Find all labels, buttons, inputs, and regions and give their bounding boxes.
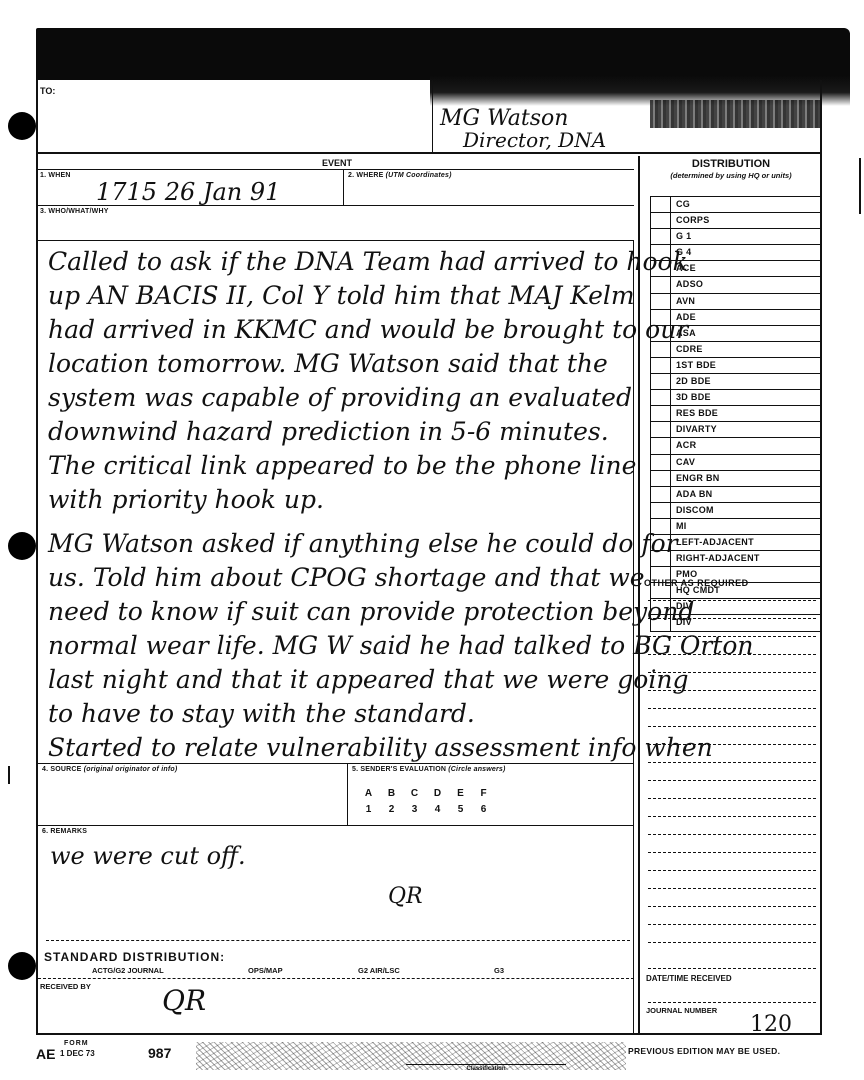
- who-what-why-label: 3. WHO/WHAT/WHY: [40, 208, 109, 215]
- divider: [46, 940, 630, 941]
- form-number: 987: [148, 1045, 171, 1061]
- narrative-line: downwind hazard prediction in 5-6 minute…: [48, 417, 609, 446]
- narrative-line: up AN BACIS II, Col Y told him that MAJ …: [48, 281, 635, 310]
- distribution-checkbox[interactable]: [651, 599, 671, 614]
- distribution-row[interactable]: AVN: [651, 294, 820, 310]
- evaluation-option-b[interactable]: B: [387, 788, 396, 799]
- sender-evaluation-field: 5. SENDER'S EVALUATION (Circle answers) …: [348, 764, 634, 826]
- distribution-checkbox[interactable]: [651, 487, 671, 502]
- received-by-value[interactable]: QR: [162, 984, 206, 1017]
- date-time-received-label: DATE/TIME RECEIVED: [646, 974, 732, 983]
- form-prefix: AE: [36, 1046, 55, 1062]
- distribution-row[interactable]: ACR: [651, 438, 820, 454]
- distribution-checkbox[interactable]: [651, 406, 671, 421]
- distribution-row[interactable]: G 4: [651, 245, 820, 261]
- to-section: TO: MG Watson Director, DNA: [38, 80, 820, 154]
- distribution-row[interactable]: DIV: [651, 599, 820, 615]
- distribution-row[interactable]: RIGHT-ADJACENT: [651, 551, 820, 567]
- distribution-row[interactable]: 3D BDE: [651, 390, 820, 406]
- distribution-row[interactable]: MI: [651, 519, 820, 535]
- event-header: EVENT: [38, 156, 634, 170]
- std-dist-item: G3: [494, 966, 504, 975]
- distribution-checkbox[interactable]: [651, 471, 671, 486]
- journal-form: TO: MG Watson Director, DNA EVENT 1. WHE…: [36, 80, 822, 1035]
- when-value: 1715 26 Jan 91: [96, 178, 280, 206]
- narrative-line: us. Told him about CPOG shortage and tha…: [48, 563, 645, 592]
- distribution-row[interactable]: 2D BDE: [651, 374, 820, 390]
- narrative-line: The critical link appeared to be the pho…: [48, 451, 636, 480]
- evaluation-option-e[interactable]: E: [456, 788, 465, 799]
- evaluation-option-1[interactable]: 1: [364, 804, 373, 815]
- narrative-line: had arrived in KKMC and would be brought…: [48, 315, 688, 344]
- distribution-checkbox[interactable]: [651, 374, 671, 389]
- other-blank-line[interactable]: [648, 708, 816, 709]
- distribution-checkbox[interactable]: [651, 310, 671, 325]
- distribution-checkbox[interactable]: [651, 519, 671, 534]
- distribution-checkbox[interactable]: [651, 294, 671, 309]
- punch-hole-icon: [8, 112, 36, 140]
- distribution-row[interactable]: G 1: [651, 229, 820, 245]
- other-blank-line[interactable]: [648, 942, 816, 943]
- distribution-row[interactable]: ACE: [651, 261, 820, 277]
- previous-edition-note: PREVIOUS EDITION MAY BE USED.: [628, 1046, 780, 1056]
- distribution-checkbox[interactable]: [651, 535, 671, 550]
- other-blank-line[interactable]: [648, 726, 816, 727]
- distribution-checkbox[interactable]: [651, 455, 671, 470]
- distribution-row[interactable]: CAV: [651, 455, 820, 471]
- standard-distribution-label: STANDARD DISTRIBUTION:: [44, 950, 225, 964]
- evaluation-option-6[interactable]: 6: [479, 804, 488, 815]
- evaluation-option-f[interactable]: F: [479, 788, 488, 799]
- other-blank-line[interactable]: [648, 636, 816, 637]
- other-blank-line[interactable]: [648, 906, 816, 907]
- other-blank-line[interactable]: [648, 968, 816, 969]
- std-dist-item: ACTG/G2 JOURNAL: [92, 966, 164, 975]
- other-blank-line[interactable]: [648, 744, 816, 745]
- distribution-row[interactable]: DISCOM: [651, 503, 820, 519]
- other-blank-line[interactable]: [648, 600, 816, 601]
- distribution-list: CG CORPS G 1 G 4 ACE ADSO AVN ADE ASA CD…: [650, 196, 820, 632]
- distribution-checkbox[interactable]: [651, 197, 671, 212]
- distribution-row[interactable]: ADE: [651, 310, 820, 326]
- other-blank-line[interactable]: [648, 798, 816, 799]
- distribution-checkbox[interactable]: [651, 229, 671, 244]
- distribution-checkbox[interactable]: [651, 213, 671, 228]
- distribution-row[interactable]: RES BDE: [651, 406, 820, 422]
- distribution-row[interactable]: LEFT-ADJACENT: [651, 535, 820, 551]
- distribution-checkbox[interactable]: [651, 503, 671, 518]
- other-blank-line[interactable]: [648, 870, 816, 871]
- when-label: 1. WHEN: [40, 172, 71, 179]
- remarks-value: we were cut off.: [50, 842, 246, 870]
- evaluation-option-2[interactable]: 2: [387, 804, 396, 815]
- remarks-label: 6. REMARKS: [42, 828, 87, 835]
- source-label: 4. SOURCE (original originator of info): [42, 766, 177, 773]
- distribution-checkbox[interactable]: [651, 277, 671, 292]
- other-blank-line[interactable]: [648, 780, 816, 781]
- classification-label: Classification: [406, 1064, 566, 1072]
- distribution-row[interactable]: CDRE: [651, 342, 820, 358]
- other-blank-line[interactable]: [648, 816, 816, 817]
- evaluation-option-c[interactable]: C: [410, 788, 419, 799]
- narrative-line: location tomorrow. MG Watson said that t…: [48, 349, 608, 378]
- narrative-line: system was capable of providing an evalu…: [48, 383, 632, 412]
- evaluation-number-options: 1 2 3 4 5 6: [364, 804, 488, 815]
- other-blank-line[interactable]: [648, 618, 816, 619]
- evaluation-label: 5. SENDER'S EVALUATION (Circle answers): [352, 766, 506, 773]
- standard-distribution-section: STANDARD DISTRIBUTION: ACTG/G2 JOURNAL O…: [38, 946, 634, 1035]
- other-blank-line[interactable]: [648, 888, 816, 889]
- distribution-checkbox[interactable]: [651, 551, 671, 566]
- narrative-line: Called to ask if the DNA Team had arrive…: [48, 247, 688, 276]
- evaluation-option-d[interactable]: D: [433, 788, 442, 799]
- distribution-title: DISTRIBUTION: [640, 158, 822, 170]
- distribution-row[interactable]: 1ST BDE: [651, 358, 820, 374]
- std-dist-item: OPS/MAP: [248, 966, 283, 975]
- other-blank-line[interactable]: [648, 762, 816, 763]
- where-label: 2. WHERE (UTM Coordinates): [348, 172, 452, 179]
- narrative-line: with priority hook up.: [48, 485, 324, 514]
- where-field[interactable]: 2. WHERE (UTM Coordinates): [344, 170, 634, 206]
- distribution-checkbox[interactable]: [651, 358, 671, 373]
- distribution-row[interactable]: DIVARTY: [651, 422, 820, 438]
- form-footer: AE FORM 1 DEC 73 987 Classification PREV…: [36, 1038, 836, 1078]
- distribution-checkbox[interactable]: [651, 438, 671, 453]
- other-blank-line[interactable]: [648, 924, 816, 925]
- distribution-checkbox[interactable]: [651, 326, 671, 341]
- distribution-checkbox[interactable]: [651, 245, 671, 260]
- evaluation-option-a[interactable]: A: [364, 788, 373, 799]
- other-as-required-label: OTHER AS REQUIRED: [644, 578, 749, 588]
- narrative-line: to have to stay with the standard.: [48, 699, 475, 728]
- distribution-checkbox[interactable]: [651, 390, 671, 405]
- margin-mark: [859, 158, 861, 214]
- distribution-subtitle: (determined by using HQ or units): [640, 171, 822, 180]
- other-blank-line[interactable]: [648, 654, 816, 655]
- other-blank-line[interactable]: [648, 690, 816, 691]
- std-dist-item: G2 AIR/LSC: [358, 966, 400, 975]
- distribution-panel: DISTRIBUTION (determined by using HQ or …: [638, 156, 820, 1033]
- distribution-row[interactable]: CORPS: [651, 213, 820, 229]
- journal-number-label: JOURNAL NUMBER: [646, 1006, 717, 1015]
- remarks-field[interactable]: 6. REMARKS we were cut off. QR: [38, 826, 634, 946]
- divider: [648, 1002, 816, 1003]
- journal-number-value[interactable]: 120: [750, 1012, 792, 1037]
- distribution-row[interactable]: ENGR BN: [651, 471, 820, 487]
- evaluation-option-3[interactable]: 3: [410, 804, 419, 815]
- form-date: 1 DEC 73: [60, 1049, 95, 1058]
- distribution-row[interactable]: ADA BN: [651, 487, 820, 503]
- source-field[interactable]: 4. SOURCE (original originator of info): [38, 764, 348, 826]
- form-label: FORM: [64, 1040, 89, 1047]
- divider: [432, 80, 433, 154]
- narrative-line: Started to relate vulnerability assessme…: [48, 733, 713, 762]
- narrative-line: need to know if suit can provide protect…: [48, 597, 694, 626]
- distribution-checkbox[interactable]: [651, 342, 671, 357]
- margin-mark: [8, 766, 10, 784]
- distribution-row[interactable]: ASA: [651, 326, 820, 342]
- narrative-line: last night and that it appeared that we …: [48, 665, 688, 694]
- evaluation-option-5[interactable]: 5: [456, 804, 465, 815]
- other-blank-line[interactable]: [648, 852, 816, 853]
- event-header-label: EVENT: [322, 158, 352, 168]
- narrative-line: MG Watson asked if anything else he coul…: [48, 529, 678, 558]
- to-recipient-title: Director, DNA: [463, 128, 606, 152]
- punch-hole-icon: [8, 532, 36, 560]
- punch-hole-icon: [8, 952, 36, 980]
- when-field[interactable]: 1. WHEN 1715 26 Jan 91: [38, 170, 344, 206]
- divider: [38, 978, 634, 979]
- distribution-checkbox[interactable]: [651, 422, 671, 437]
- to-label: TO:: [40, 86, 55, 96]
- other-blank-line[interactable]: [648, 672, 816, 673]
- evaluation-letter-options: A B C D E F: [364, 788, 488, 799]
- remarks-initials: QR: [388, 884, 423, 909]
- distribution-checkbox[interactable]: [651, 261, 671, 276]
- received-by-label: RECEIVED BY: [40, 982, 91, 991]
- evaluation-option-4[interactable]: 4: [433, 804, 442, 815]
- distribution-row[interactable]: CG: [651, 197, 820, 213]
- who-what-why-field[interactable]: Called to ask if the DNA Team had arrive…: [38, 240, 634, 764]
- redacted-header-band: [36, 28, 850, 80]
- other-blank-line[interactable]: [648, 834, 816, 835]
- distribution-row[interactable]: ADSO: [651, 277, 820, 293]
